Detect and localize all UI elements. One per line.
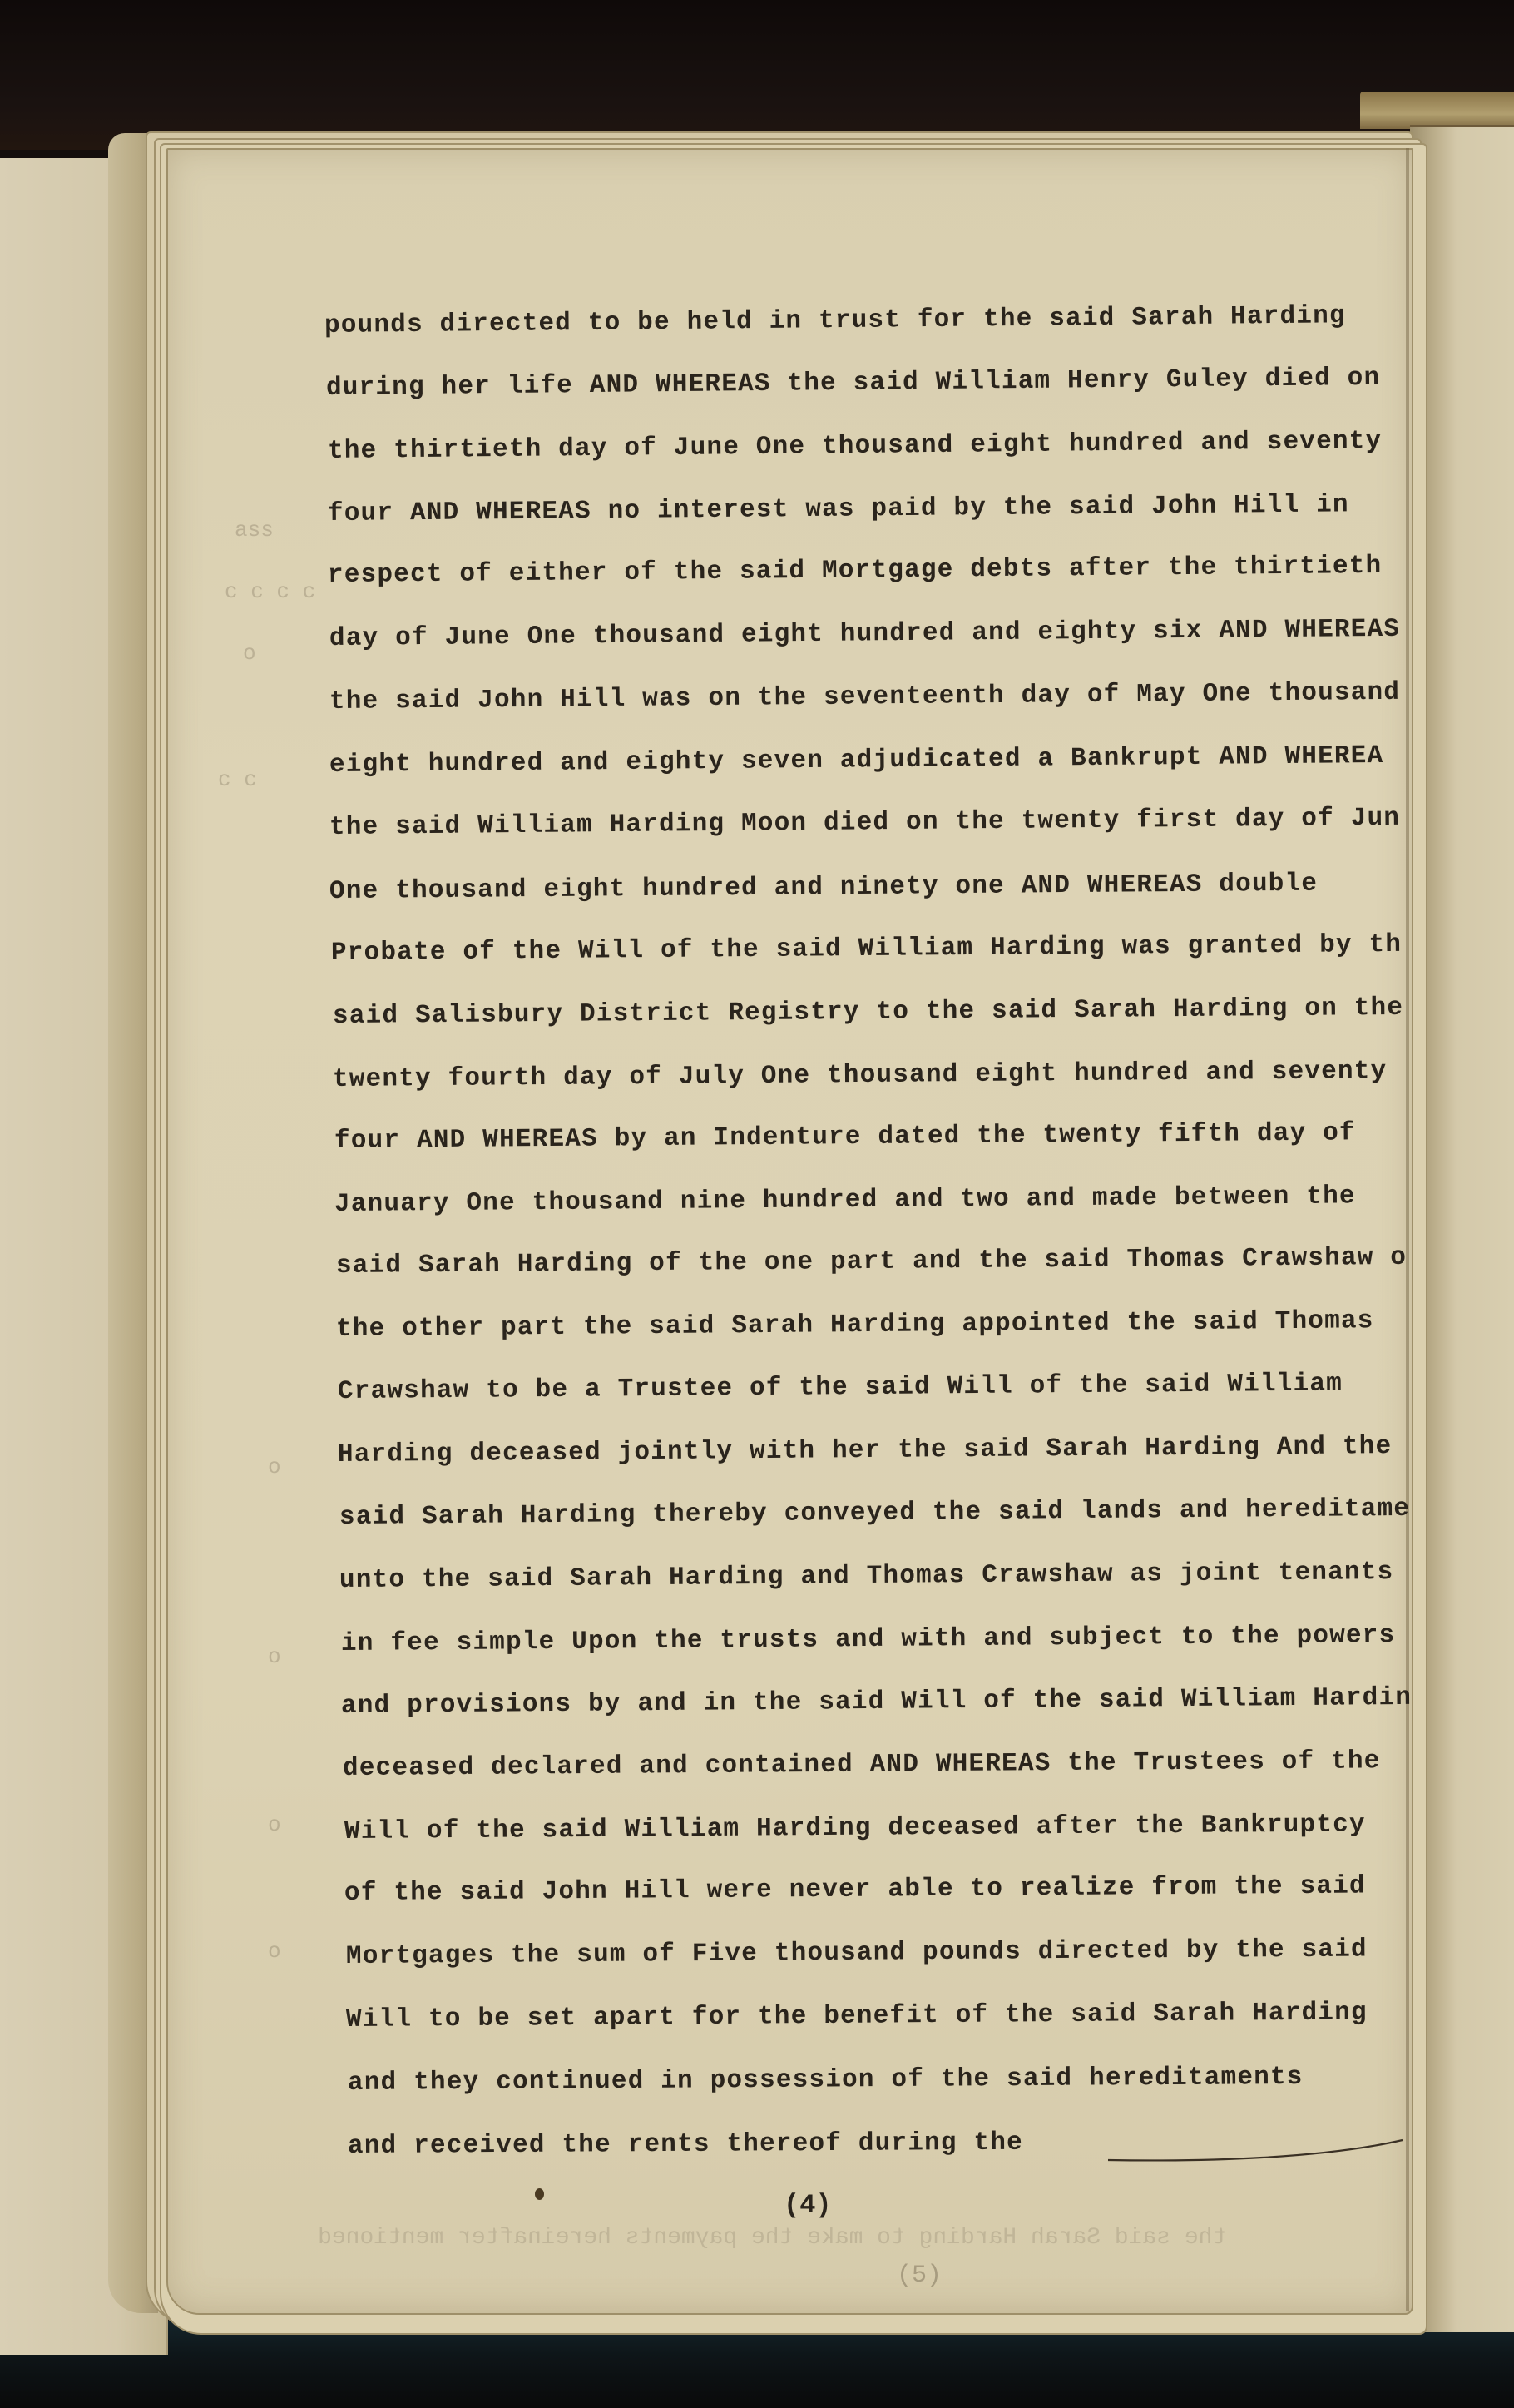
text-line: Will of the said William Harding decease… [344,1808,1366,1849]
margin-mark: o [268,1812,281,1837]
margin-mark: ass [235,518,274,543]
margin-mark: c c [218,767,257,792]
text-line: Mortgages the sum of Five thousand pound… [346,1933,1368,1974]
text-line: and received the rents thereof during th… [348,2127,1023,2163]
book-cover-top [0,0,1514,150]
document-page: the said Sarah Harding to make the payme… [166,148,1413,2315]
text-line: Will to be set apart for the benefit of … [346,1996,1368,2037]
text-line: and they continued in possession of the … [348,2061,1304,2100]
page-number: (4) [784,2190,832,2221]
text-line: of the said John Hill were never able to… [344,1870,1366,1910]
ghost-page-number: (5) [897,2262,942,2290]
page-right-edge [1406,148,1409,2311]
closing-pen-stroke [1106,2135,1406,2168]
margin-mark: o [268,1454,281,1479]
margin-mark: o [268,1644,281,1669]
margin-mark: c c c c [225,579,315,604]
margin-mark: o [268,1939,281,1964]
margin-mark: o [243,641,256,666]
ink-spot [535,2188,544,2200]
right-page-top-edge [1360,92,1514,129]
bleedthrough-text: the said Sarah Harding to make the payme… [318,2225,1226,2251]
